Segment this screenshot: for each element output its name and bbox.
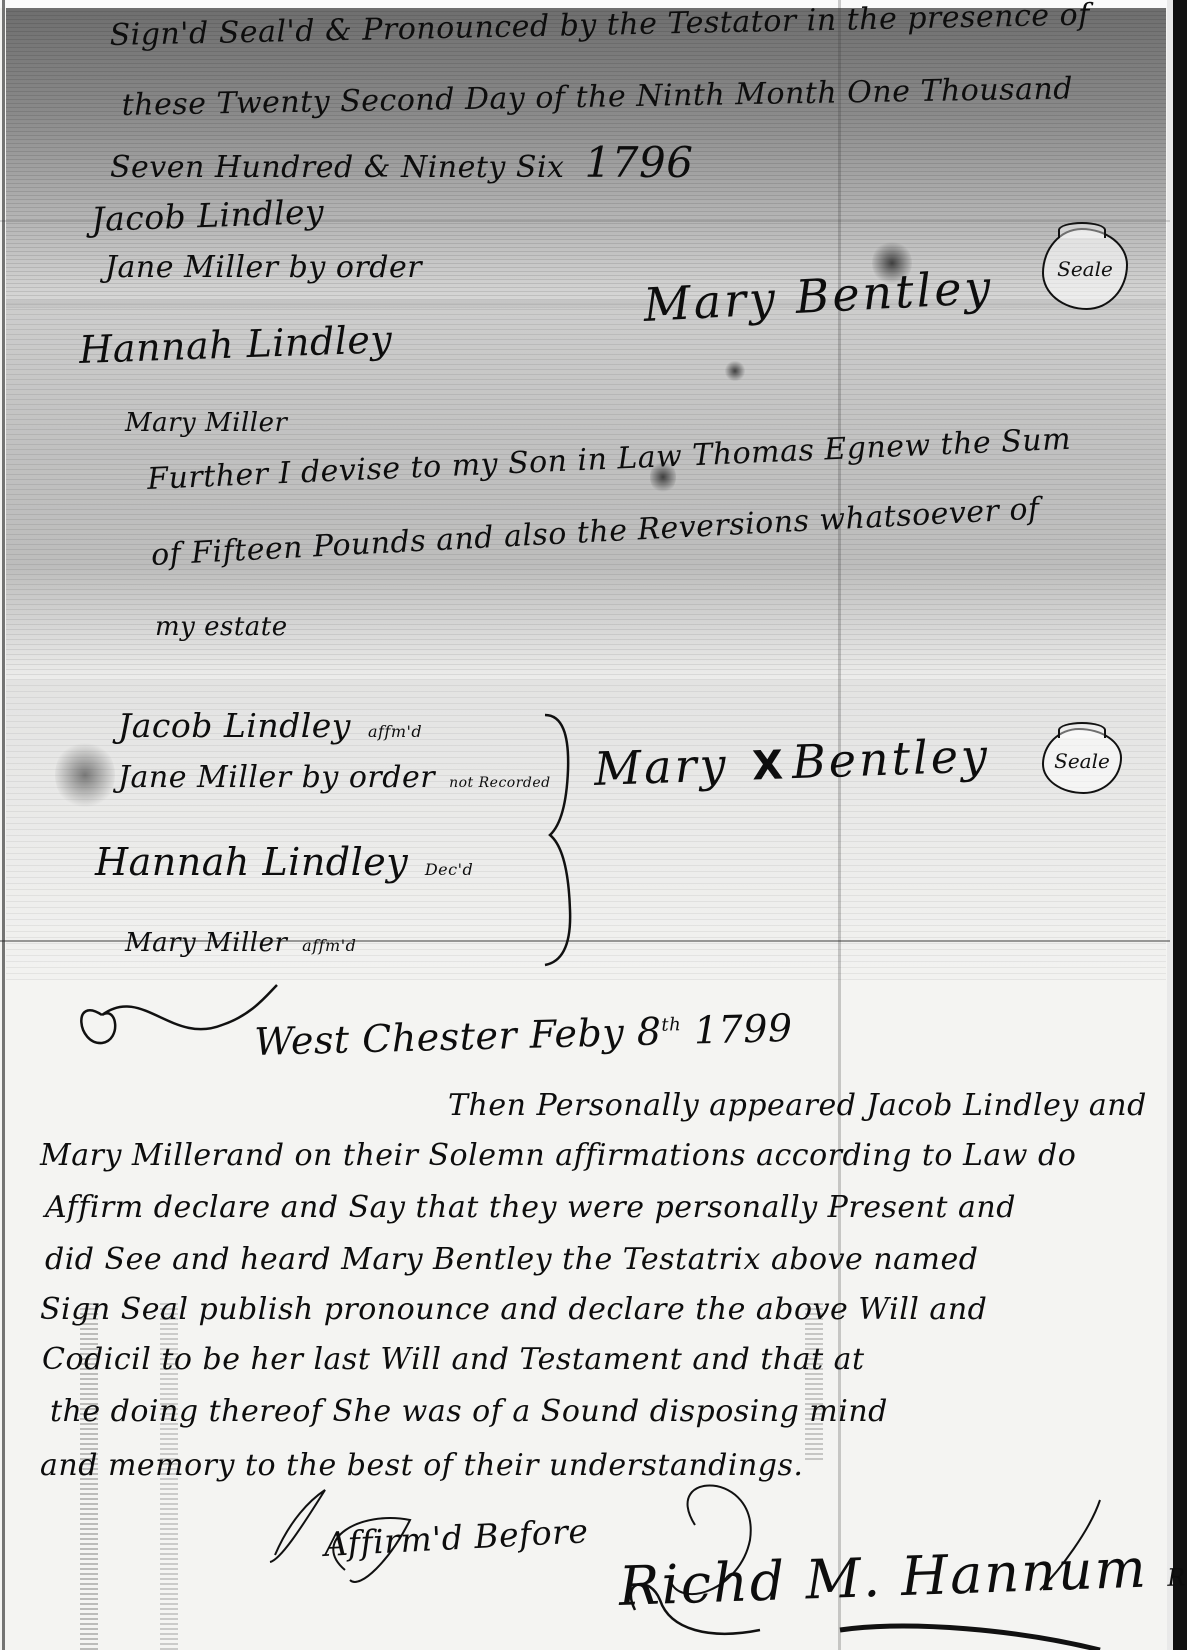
codicil-witness-2-note: not Recorded <box>449 775 551 791</box>
ink-blot <box>55 740 115 810</box>
witness-2-signature: Jane Miller by order <box>105 250 422 285</box>
testator-x-mark: X <box>751 742 786 789</box>
probate-line-7: the doing thereof She was of a Sound dis… <box>50 1394 888 1429</box>
probate-line-8: and memory to the best of their understa… <box>40 1448 803 1483</box>
codicil-line-3: my estate <box>155 612 288 642</box>
codicil-witness-4-note: affm'd <box>302 936 356 955</box>
probate-day-suffix: th <box>661 1014 681 1036</box>
probate-month: Feby <box>529 1010 625 1056</box>
attestation-year: 1796 <box>585 138 694 187</box>
probate-line-1: Then Personally appeared Jacob Lindley a… <box>448 1088 1147 1123</box>
codicil-witness-4-name: Mary Miller <box>125 928 287 958</box>
codicil-witness-1: Jacob Lindley affm'd <box>118 706 422 745</box>
witness-bracket <box>540 710 580 970</box>
witness-1-signature: Jacob Lindley <box>91 192 325 239</box>
codicil-witness-4: Mary Miller affm'd <box>125 928 356 958</box>
probate-line-5: Sign Seal publish pronounce and declare … <box>40 1292 987 1327</box>
scan-left-edge <box>2 0 5 1650</box>
probate-place-date: West Chester Feby 8th 1799 <box>254 1006 793 1064</box>
seal-label: Seale <box>1057 257 1113 281</box>
ink-blot <box>725 360 745 382</box>
probate-line-2: Mary Millerand on their Solemn affirmati… <box>40 1138 1076 1173</box>
probate-line-4: did See and heard Mary Bentley the Testa… <box>45 1242 978 1277</box>
attestation-line-3: Seven Hundred & Ninety Six 1796 <box>110 138 693 187</box>
codicil-testator-first-name: Mary <box>593 737 729 796</box>
probate-day: 8 <box>636 1009 662 1054</box>
codicil-witness-3-name: Hannah Lindley <box>95 840 408 884</box>
codicil-witness-3-note: Dec'd <box>425 860 473 879</box>
probate-place: West Chester <box>254 1013 518 1064</box>
probate-year: 1799 <box>693 1006 793 1053</box>
witness-4-signature: Mary Miller <box>125 408 287 438</box>
seal-label-codicil: Seale <box>1054 749 1110 773</box>
scan-right-edge <box>1173 0 1187 1650</box>
attestation-line-3-text: Seven Hundred & Ninety Six <box>110 150 564 185</box>
codicil-witness-2: Jane Miller by order not Recorded <box>118 760 551 795</box>
probate-line-6: Codicil to be her last Will and Testamen… <box>42 1342 865 1377</box>
document-page: Sign'd Seal'd & Pronounced by the Testat… <box>0 0 1187 1650</box>
codicil-witness-1-name: Jacob Lindley <box>118 706 351 745</box>
codicil-witness-1-note: affm'd <box>368 722 422 741</box>
codicil-witness-2-name: Jane Miller by order <box>118 760 435 795</box>
codicil-testator-last-name: Bentley <box>791 728 991 789</box>
codicil-witness-3: Hannah Lindley Dec'd <box>95 840 473 884</box>
probate-line-3: Affirm declare and Say that they were pe… <box>45 1190 1016 1225</box>
register-title: Reg. <box>1167 1562 1187 1592</box>
